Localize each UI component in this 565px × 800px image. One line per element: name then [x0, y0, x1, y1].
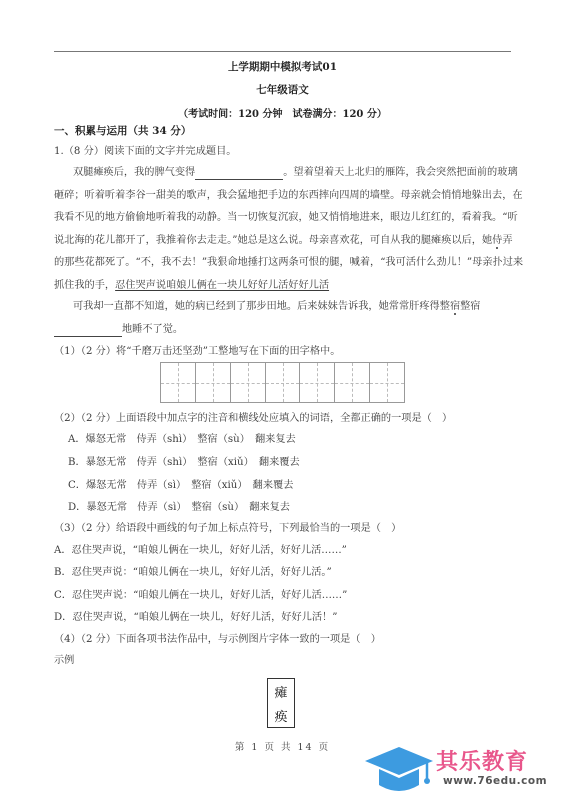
passage-line-2: 砸碎；听着听着李谷一甜美的歌声，我会猛地把手边的东西摔向四周的墙壁。母亲就会悄悄…	[54, 189, 523, 203]
emphasis-char: 宿	[450, 301, 460, 312]
grid-cell	[266, 363, 301, 402]
exam-title: 上学期期中模拟考试01	[0, 59, 565, 74]
option-c: C．爆怒无常 侍弄（sì） 整宿（xiǔ） 翻来覆去	[68, 479, 293, 493]
passage-text: 整宿	[460, 301, 480, 312]
brand-name: 其乐教育	[436, 745, 528, 776]
passage-text: 双腿瘫痪后，我的脾气变得	[73, 167, 195, 178]
fill-blank-2	[54, 325, 122, 337]
brand-url: www.76edu.com	[443, 775, 547, 787]
passage-line-1: 双腿瘫痪后，我的脾气变得。望着望着天上北归的雁阵，我会突然把面前的玻璃	[73, 166, 518, 180]
passage-text: 说北海的花儿都开了，我推着你去走走。”她总是这么说。母亲喜欢花，可自从我的腿瘫痪…	[54, 235, 492, 246]
passage-text: 地睡不了觉。	[122, 324, 183, 335]
passage-line-3: 我看不见的地方偷偷地听着我的动静。当一切恢复沉寂，她又悄悄地进来，眼边儿红红的，…	[54, 211, 518, 225]
sub-question-4-stem: （4）（2 分）下面各项书法作品中，与示例图片字体一致的一项是（ ）	[54, 633, 381, 647]
passage-text: 。望着望着天上北归的雁阵，我会突然把面前的玻璃	[283, 167, 517, 178]
passage-line-7: 可我却一直都不知道，她的病已经到了那步田地。后来妹妹告诉我，她常常肝疼得整宿整宿	[73, 300, 481, 314]
grid-cell	[300, 363, 335, 402]
option-a: A．爆怒无常 侍弄（shì） 整宿（sù） 翻来复去	[68, 433, 296, 447]
passage-line-5: 的那些花都死了。“不，我不去！”我狠命地捶打这两条可恨的腿，喊着，“我可活什么劲…	[54, 256, 523, 270]
watermark-logo: 其乐教育 www.76edu.com	[363, 745, 563, 795]
option-c: C．忍住哭声说：“咱娘儿俩在一块儿，好好儿活，好好儿活……”	[54, 589, 347, 603]
emphasis-char: 侍	[492, 235, 502, 246]
passage-text: 弄	[502, 235, 512, 246]
passage-text: 可我却一直都不知道，她的病已经到了那步田地。后来妹妹告诉我，她常常肝疼得整	[73, 301, 450, 312]
sample-char: 痪	[274, 706, 287, 725]
grid-cell	[231, 363, 266, 402]
exam-info: （考试时间：120 分钟 试卷满分：120 分）	[0, 105, 565, 120]
option-d: D．忍住哭声说，“咱娘儿俩在一块儿，好好儿活，好好儿活！”	[54, 611, 337, 625]
sub-question-2-stem: （2）（2 分）上面语段中加点字的注音和横线处应填入的词语，全都正确的一项是（ …	[54, 412, 452, 426]
tianzige-grid	[160, 362, 405, 403]
header-rule	[54, 51, 511, 52]
option-a: A．忍住哭声说，“咱娘儿俩在一块儿，好好儿活，好好儿活……”	[54, 544, 347, 558]
passage-line-6: 抓住我的手，忍住哭声说咱娘儿俩在一块儿好好儿活好好儿活	[54, 279, 329, 293]
exam-subject: 七年级语文	[0, 82, 565, 97]
passage-line-8: 地睡不了觉。	[54, 323, 183, 337]
passage-text: 抓住我的手，	[54, 280, 115, 291]
grid-cell	[370, 363, 404, 402]
passage-line-4: 说北海的花儿都开了，我推着你去走走。”她总是这么说。母亲喜欢花，可自从我的腿瘫痪…	[54, 234, 513, 248]
section-heading: 一、积累与运用（共 34 分）	[54, 123, 191, 138]
grid-cell	[196, 363, 231, 402]
sub-question-1-stem: （1）（2 分）将“千磨万击还坚劲”工整地写在下面的田字格中。	[54, 345, 340, 359]
sub-question-3-stem: （3）（2 分）给语段中画线的句子加上标点符号，下列最恰当的一项是（ ）	[54, 522, 401, 536]
option-d: D．暴怒无常 侍弄（sì） 整宿（sù） 翻来复去	[68, 501, 290, 515]
underlined-sentence: 忍住哭声说咱娘儿俩在一块儿好好儿活好好儿活	[115, 280, 329, 291]
graduation-cap-icon	[363, 745, 435, 795]
sample-char: 瘫	[274, 682, 287, 701]
option-b: B．忍住哭声说：“咱娘儿俩在一块儿，好好儿活，好好儿活。”	[54, 566, 332, 580]
option-b: B．暴怒无常 侍弄（shì） 整宿（xiǔ） 翻来覆去	[68, 456, 300, 470]
grid-cell	[335, 363, 370, 402]
fill-blank-1	[195, 168, 283, 180]
sample-label: 示例	[54, 654, 74, 668]
grid-cell	[161, 363, 196, 402]
question-1-stem: 1.（8 分）阅读下面的文字并完成题目。	[54, 145, 236, 159]
calligraphy-sample: 瘫 痪	[267, 678, 295, 728]
